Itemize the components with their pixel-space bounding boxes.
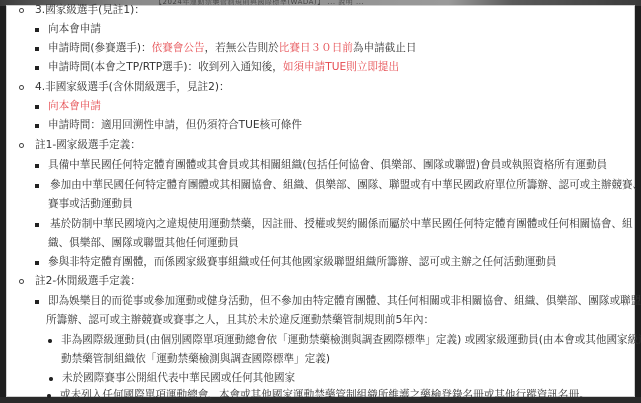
list-item: 參與非特定體育團體，而係國家級賽事組織或任何其他國家級聯盟組織所籌辦、認可或主辦… [48,253,557,273]
list-item: 向本會申請 [48,20,101,40]
list-item: 向本會申請 [48,97,101,117]
hollow-circle-bullet-icon [19,143,24,148]
square-bullet-icon [35,66,39,70]
list-item-continuation: 賽事或活動運動員 [48,195,133,215]
list-item: 基於防制中華民國境內之違規使用運動禁藥，因註冊、授權或契約關係而屬於中華民國任何… [50,215,633,235]
list-item: 或未列入任何國際單項運動總會、本會或其他國家運動禁藥管制組織所維護之藥檢登錄名冊… [60,386,590,403]
list-item: 即為娛樂目的而從事或參加運動或健身活動，但不參加由特定體育團體、其任何相關或非相… [48,292,641,312]
square-bullet-icon [35,124,39,128]
round-bullet-icon [47,394,51,398]
square-bullet-icon [35,47,39,51]
list-item-continuation: 所籌辦、認可或主辦競賽或賽事之人，且其於未於違反運動禁藥管制規則前5年內： [46,311,434,331]
list-item-continuation: 動禁藥管制組織依「運動禁藥檢測與調查國際標準」定義) [61,350,330,370]
hollow-circle-bullet-icon [19,279,24,284]
round-bullet-icon [49,377,53,381]
square-bullet-icon [35,164,39,168]
square-bullet-icon [35,300,39,304]
square-bullet-icon [35,28,39,32]
square-bullet-icon [35,261,39,265]
list-item: 申請時間：適用回溯性申請，但仍須符合TUE核可條件 [48,116,302,136]
hollow-circle-bullet-icon [19,85,24,90]
square-bullet-icon [35,105,39,109]
list-item: 具備中華民國任何特定體育團體或其會員或其相關組織(包括任何協會、俱樂部、團隊或聯… [48,156,607,176]
list-item: 非為國際級運動員(由個別國際單項運動總會依「運動禁藥檢測與調查國際標準」定義) … [61,331,641,351]
list-item: 參加由中華民國任何特定體育團體或其相關協會、組織、俱樂部、團隊、聯盟或有中華民國… [50,176,641,196]
document-page: 3.國家級選手(見註1)： 向本會申請 申請時間(參賽選手)：依賽會公告，若無公… [6,5,635,397]
square-bullet-icon [35,223,39,227]
hollow-circle-bullet-icon [19,8,24,13]
square-bullet-icon [35,184,39,188]
round-bullet-icon [48,339,52,343]
list-item-application-time-competitor: 申請時間(參賽選手)：依賽會公告，若無公告則於比賽日３０日前為申請截止日 [48,39,416,59]
list-item-application-time-tp-rtp: 申請時間(本會之TP/RTP選手)：收到列入通知後，如須申請TUE則立即提出 [48,58,399,78]
list-item-continuation: 織、俱樂部、團隊或聯盟其他任何運動員 [48,234,239,254]
